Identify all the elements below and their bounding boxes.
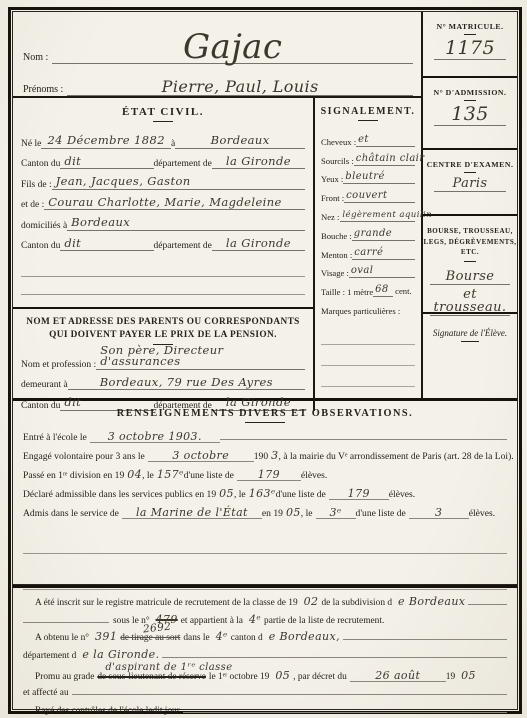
entree-label: Entré à l'école le [23, 432, 90, 443]
tirage-struck-text: de tirage au sort [120, 633, 183, 643]
marques-label: Marques particulières : [321, 306, 400, 316]
left-main: Nom : Gajac Prénoms : Pierre, Paul, Loui… [13, 12, 423, 398]
centre-examen-box: CENTRE D'EXAMEN. Paris [423, 150, 517, 214]
admissible-year-handwritten: 05 [219, 488, 234, 499]
cheveux-row: Cheveux : et [321, 128, 415, 147]
bourse-label: BOURSE, TROUSSEAU, LEGS, DÉGRÈVEMENTS, E… [423, 216, 517, 258]
domicilies-label: domiciliés à [21, 221, 67, 231]
profession-row: Nom et profession : Son père, Directeur … [21, 349, 305, 370]
nom-label: Nom : [21, 52, 52, 64]
promotion-year-handwritten: 05 [272, 670, 293, 681]
admissible-rank-handwritten: 163ᵉ [249, 488, 276, 499]
canton2-handwritten: dit [60, 238, 85, 251]
admission-box: N° D'ADMISSION. 135 [423, 78, 517, 148]
prenoms-label: Prénoms : [21, 84, 67, 96]
departement-handwritten: e la Gironde. [79, 649, 162, 660]
engagement-row: Engagé volontaire pour 3 ans le 3 octobr… [23, 450, 507, 469]
division-rank-handwritten: 157ᵉ [157, 469, 184, 480]
nez-row: Nez : légèrement aquilin [321, 203, 415, 222]
nom-value-handwritten: Gajac [183, 32, 282, 63]
entree-date-handwritten: 3 octobre 1903. [90, 431, 220, 443]
signalement-blank-lines [315, 316, 421, 387]
signalement-title: SIGNALEMENT. [315, 98, 421, 117]
taille-label: Taille : 1 mètre [321, 287, 373, 297]
bourse-handwritten-1: Bourse [430, 270, 510, 285]
affectation-row: et affecté au [23, 688, 507, 706]
admis-rank-handwritten: 3ᵉ [316, 507, 356, 519]
signalement-rows: Cheveux : et Sourcils : châtain clair Ye… [315, 121, 421, 316]
decret-date-handwritten: 26 août [350, 670, 446, 682]
matricule-form-page: Nom : Gajac Prénoms : Pierre, Paul, Loui… [0, 0, 527, 718]
centre-examen-label: CENTRE D'EXAMEN. [427, 150, 514, 169]
canton-handwritten: dit [60, 156, 85, 169]
father-row: Fils de : Jean, Jacques, Gaston [21, 169, 305, 190]
affectation-label: et affecté au [23, 688, 72, 698]
ne-label: Né le [21, 139, 41, 149]
ruled-segment [23, 622, 109, 623]
matricule-number-handwritten: 1175 [434, 39, 506, 60]
fils-label: Fils de : [21, 180, 52, 190]
grade-struck-text: de sous-lieutenant de réserve [97, 672, 209, 682]
etde-label: et de : [21, 200, 44, 210]
dept-label: département de [154, 159, 212, 169]
cheveux-handwritten: et [356, 135, 371, 146]
nom-field: Nom : Gajac [21, 12, 413, 64]
right-column: N° MATRICULE. 1175 N° D'ADMISSION. 135 C… [423, 12, 517, 398]
parents-section: NOM ET ADRESSE DES PARENTS OU CORRESPOND… [13, 309, 313, 411]
parents-title-1: NOM ET ADRESSE DES PARENTS OU CORRESPOND… [13, 309, 313, 329]
classe-year-handwritten: 02 [301, 596, 322, 607]
dept2-label: département de [154, 241, 212, 251]
bourse-box: BOURSE, TROUSSEAU, LEGS, DÉGRÈVEMENTS, E… [423, 216, 517, 312]
mid-row: ÉTAT CIVIL. Né le 24 Décembre 1882 à Bor… [13, 98, 421, 411]
dept2-handwritten: la Gironde [222, 238, 295, 251]
old-number-handwritten: 4792692 [153, 614, 181, 625]
menton-handwritten: carré [352, 248, 385, 259]
raye-row: Rayé des contrôles de l'école ledit jour [23, 706, 507, 718]
visage-label: Visage : [321, 268, 349, 278]
admission-number-handwritten: 135 [434, 105, 506, 126]
promotion-row: Promu au grade d'aspirant de 1ʳᵉ classe … [23, 670, 507, 688]
bouche-row: Bouche : grande [321, 222, 415, 241]
birthdate-handwritten: 24 Décembre 1882 [43, 135, 168, 148]
blank-ruled-line [21, 277, 305, 295]
profession-label: Nom et profession : [21, 360, 96, 370]
registre-row: A été inscrit sur le registre matricule … [23, 596, 507, 614]
admis-total-handwritten: 3 [409, 507, 469, 519]
numero-row: sous le n° 4792692 et appartient à la 4ᵉ… [23, 614, 507, 632]
yeux-label: Yeux : [321, 174, 343, 184]
division-row: Passé en 1ʳᵉ division en 19 04 , le 157ᵉ… [23, 469, 507, 488]
entree-row: Entré à l'école le 3 octobre 1903. [23, 431, 507, 450]
taille-suffix: cent. [393, 286, 411, 297]
marques-row: Marques particulières : [321, 297, 415, 316]
prenoms-field: Prénoms : Pierre, Paul, Louis [21, 66, 413, 96]
taille-handwritten: 68 [373, 285, 391, 296]
canton-label: Canton du [21, 159, 60, 169]
etat-civil-rows: Né le 24 Décembre 1882 à Bordeaux Canton… [13, 122, 313, 251]
admission-label: N° D'ADMISSION. [433, 78, 506, 97]
matricule-label: N° MATRICULE. [436, 12, 503, 31]
front-label: Front : [321, 193, 344, 203]
father-names-handwritten: Jean, Jacques, Gaston [52, 176, 195, 189]
grade-insert-handwritten: d'aspirant de 1ʳᵉ classe [105, 662, 232, 673]
birthplace-handwritten: Bordeaux [207, 135, 274, 148]
parents-title-2: QUI DOIVENT PAYER LE PRIX DE LA PENSION. [13, 329, 313, 342]
renseignements-section: RENSEIGNEMENTS DIVERS ET OBSERVATIONS. E… [13, 401, 517, 584]
admis-row: Admis dans le service de la Marine de l'… [23, 507, 507, 526]
residence-handwritten: Bordeaux [67, 217, 134, 230]
profession-handwritten: Son père, Directeur d'assurances [96, 345, 305, 369]
etat-civil-title: ÉTAT CIVIL. [13, 98, 313, 118]
name-band: Nom : Gajac Prénoms : Pierre, Paul, Loui… [13, 12, 421, 98]
subdivision-handwritten: e Bordeaux [395, 596, 468, 607]
inner-frame: Nom : Gajac Prénoms : Pierre, Paul, Loui… [12, 11, 518, 710]
cheveux-label: Cheveux : [321, 137, 356, 147]
blank-ruled-line [321, 345, 415, 366]
canton-number-handwritten: 4ᵉ [213, 631, 231, 642]
recrutement-section: A été inscrit sur le registre matricule … [13, 588, 517, 718]
residence-row: domiciliés à Bordeaux [21, 210, 305, 231]
engagement-year-handwritten: 3 [271, 450, 278, 461]
blank-ruled-line [321, 366, 415, 387]
sourcils-label: Sourcils : [321, 156, 354, 166]
visage-row: Visage : oval [321, 260, 415, 279]
engagement-date-handwritten: 3 octobre [148, 450, 254, 462]
raye-label: Rayé des contrôles de l'école ledit jour [35, 706, 183, 716]
division-year-handwritten: 04 [127, 469, 142, 480]
admissible-total-handwritten: 179 [329, 488, 389, 500]
mother-names-handwritten: Courau Charlotte, Marie, Magdeleine [44, 197, 286, 210]
service-name-handwritten: la Marine de l'État [122, 507, 262, 519]
prenoms-value-handwritten: Pierre, Paul, Louis [162, 79, 319, 95]
address-handwritten: Bordeaux, 79 rue Des Ayres [96, 377, 277, 390]
visage-handwritten: oval [349, 266, 375, 277]
bouche-label: Bouche : [321, 231, 352, 241]
menton-label: Menton : [321, 250, 352, 260]
etat-civil-section: ÉTAT CIVIL. Né le 24 Décembre 1882 à Bor… [13, 98, 313, 411]
admis-year-handwritten: 05 [286, 507, 301, 518]
taille-row: Taille : 1 mètre 68 cent. [321, 278, 415, 297]
dept-handwritten: la Gironde [222, 156, 295, 169]
blank-ruled-line [21, 259, 305, 277]
sourcils-row: Sourcils : châtain clair [321, 147, 415, 166]
partie-handwritten: 4ᵉ [246, 614, 264, 625]
sourcils-handwritten: châtain clair [354, 154, 427, 165]
new-number-handwritten: 2692 [142, 621, 171, 634]
matricule-box: N° MATRICULE. 1175 [423, 12, 517, 76]
birth-row: Né le 24 Décembre 1882 à Bordeaux [21, 128, 305, 149]
nez-handwritten: légèrement aquilin [340, 211, 434, 221]
tirage-number-handwritten: 391 [92, 631, 120, 642]
decret-year-handwritten: 05 [458, 670, 479, 681]
address-row: demeurant à Bordeaux, 79 rue Des Ayres [21, 370, 305, 391]
front-handwritten: couvert [344, 191, 389, 202]
signature-label: Signature de l'Élève. [433, 314, 507, 338]
blank-ruled-line [321, 324, 415, 345]
front-row: Front : couvert [321, 184, 415, 203]
blank-ruled-line [23, 536, 507, 554]
renseignements-title: RENSEIGNEMENTS DIVERS ET OBSERVATIONS. [13, 401, 517, 419]
yeux-handwritten: bleutré [343, 172, 386, 183]
canton-row-2: Canton du dit département de la Gironde [21, 231, 305, 252]
division-total-handwritten: 179 [237, 469, 301, 481]
tirage-row: A obtenu le n° 391 de tirage au sort dan… [23, 631, 507, 649]
bouche-handwritten: grande [352, 229, 394, 240]
mother-row: et de : Courau Charlotte, Marie, Magdele… [21, 190, 305, 211]
yeux-row: Yeux : bleutré [321, 166, 415, 185]
canton2-label: Canton du [21, 241, 60, 251]
centre-examen-handwritten: Paris [434, 177, 506, 192]
upper-zone: Nom : Gajac Prénoms : Pierre, Paul, Loui… [13, 12, 517, 401]
canton-row-1: Canton du dit département de la Gironde [21, 149, 305, 170]
canton-name-handwritten: e Bordeaux, [266, 631, 343, 642]
demeurant-label: demeurant à [21, 380, 68, 390]
signalement-section: SIGNALEMENT. Cheveux : et Sourcils : châ… [313, 98, 421, 411]
signature-box: Signature de l'Élève. [423, 314, 517, 342]
admissible-row: Déclaré admissible dans les services pub… [23, 488, 507, 507]
renseignements-rows: Entré à l'école le 3 octobre 1903. Engag… [13, 423, 517, 526]
departement-row: département d e la Gironde. [23, 649, 507, 667]
outer-frame: Nom : Gajac Prénoms : Pierre, Paul, Loui… [8, 7, 522, 714]
menton-row: Menton : carré [321, 241, 415, 260]
